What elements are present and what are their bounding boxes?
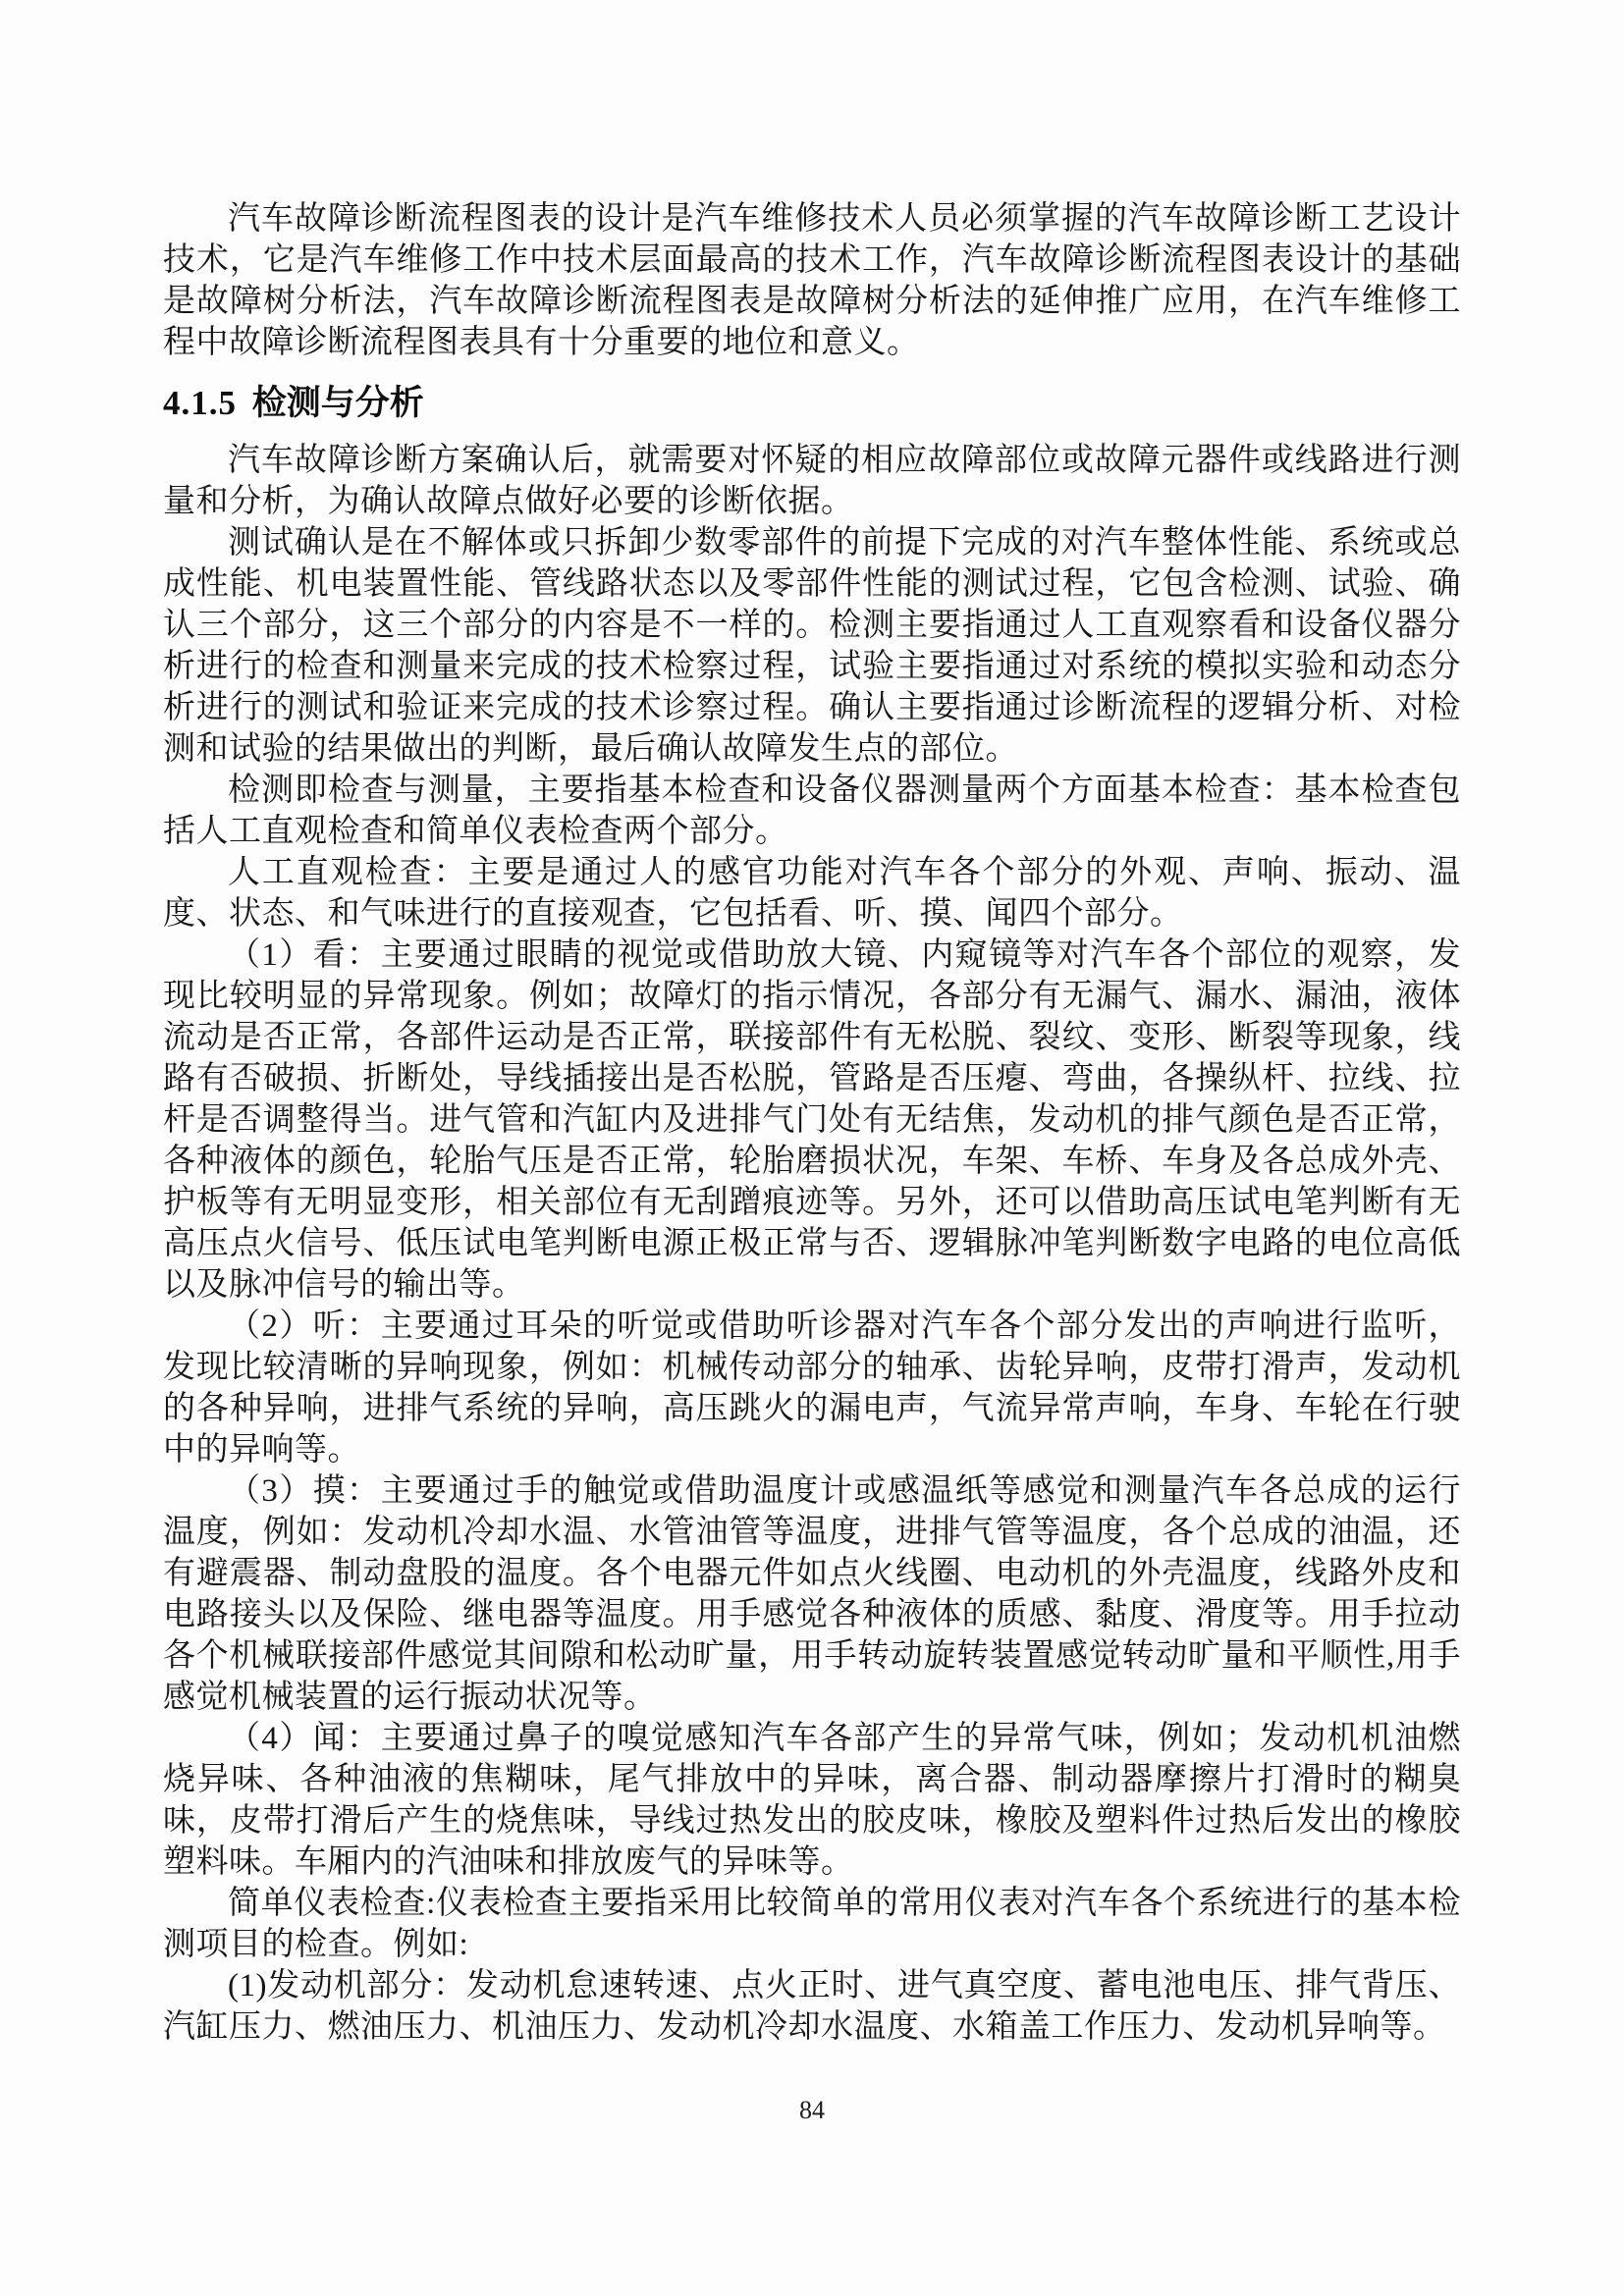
paragraph-diagnosis-plan: 汽车故障诊断方案确认后，就需要对怀疑的相应故障部位或故障元器件或线路进行测量和分…	[163, 440, 1461, 522]
document-page: 汽车故障诊断流程图表的设计是汽车维修技术人员必须掌握的汽车故障诊断工艺设计技术，…	[0, 0, 1624, 2296]
paragraph-visual-inspection-overview: 人工直观检查：主要是通过人的感官功能对汽车各个部分的外观、声响、振动、温度、状态…	[163, 852, 1461, 934]
paragraph-simple-instrument-check: 简单仪表检查:仪表检查主要指采用比较简单的常用仪表对汽车各个系统进行的基本检测项…	[163, 1883, 1461, 1965]
paragraph-item-1-look: （1）看：主要通过眼睛的视觉或借助放大镜、内窥镜等对汽车各个部位的观察，发现比较…	[163, 934, 1461, 1306]
paragraph-item-3-touch: （3）摸：主要通过手的触觉或借助温度计或感温纸等感觉和测量汽车各总成的运行温度，…	[163, 1470, 1461, 1718]
page-number: 84	[0, 2095, 1624, 2126]
paragraph-item-2-listen: （2）听：主要通过耳朵的听觉或借助听诊器对汽车各个部分发出的声响进行监听，发现比…	[163, 1306, 1461, 1470]
paragraph-item-4-smell: （4）闻：主要通过鼻子的嗅觉感知汽车各部产生的异常气味，例如；发动机机油燃烧异味…	[163, 1718, 1461, 1883]
section-heading: 4.1.5检测与分析	[163, 381, 1461, 426]
paragraph-test-confirmation: 测试确认是在不解体或只拆卸少数零部件的前提下完成的对汽车整体性能、系统或总成性能…	[163, 522, 1461, 770]
paragraph-engine-section: (1)发动机部分：发动机怠速转速、点火正时、进气真空度、蓄电池电压、排气背压、汽…	[163, 1965, 1461, 2048]
page-content: 汽车故障诊断流程图表的设计是汽车维修技术人员必须掌握的汽车故障诊断工艺设计技术，…	[163, 198, 1461, 2048]
section-heading-title: 检测与分析	[252, 384, 424, 422]
paragraph-flowchart-intro: 汽车故障诊断流程图表的设计是汽车维修技术人员必须掌握的汽车故障诊断工艺设计技术，…	[163, 198, 1461, 363]
paragraph-detection-definition: 检测即检查与测量，主要指基本检查和设备仪器测量两个方面基本检查：基本检查包括人工…	[163, 770, 1461, 852]
section-heading-number: 4.1.5	[163, 384, 237, 422]
